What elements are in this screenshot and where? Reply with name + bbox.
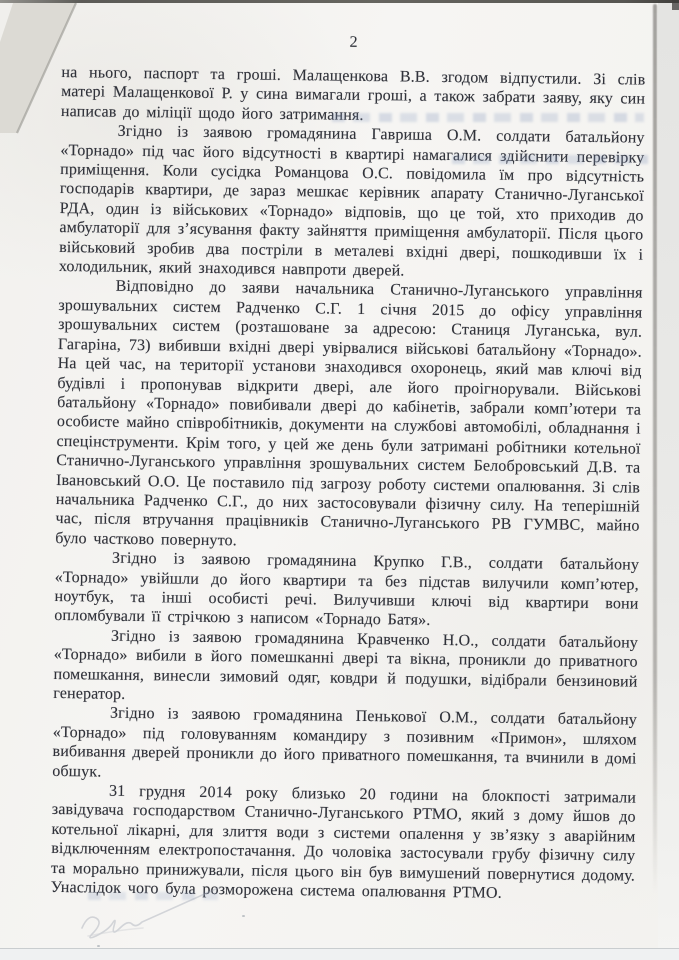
paragraph-list: на нього, паспорт та гроші. Малащенкова … <box>51 63 646 905</box>
scan-bottom-edge <box>0 948 679 960</box>
document-paragraph: Згідно із заявою громадянина Гавриша О.М… <box>59 121 645 284</box>
scan-corner-mark <box>672 0 679 10</box>
document-paragraph: Згідно із заявою громадянина Крупко Г.В.… <box>54 548 639 633</box>
scan-top-edge <box>0 0 679 3</box>
bleed-through-text <box>332 113 644 122</box>
scanner-background-strip <box>658 0 679 960</box>
signature-mark <box>68 876 248 951</box>
scan-speck <box>242 915 245 917</box>
document-page: 2 на нього, паспорт та гроші. Малащенков… <box>0 0 660 960</box>
page-edge-shadow <box>653 4 657 894</box>
document-paragraph: Згідно із заявою громадянина Пенькової О… <box>52 703 637 788</box>
document-paragraph: Згідно із заявою громадянина Кравченко Н… <box>53 626 638 711</box>
bleed-through-text <box>452 155 648 164</box>
scan-speck <box>97 945 100 947</box>
page-number: 2 <box>62 30 646 56</box>
document-paragraph: Відповідно до заяви начальника Станично-… <box>55 276 643 555</box>
scanned-document-screenshot: { "page": { "number": "2", "paragraphs":… <box>0 0 679 960</box>
